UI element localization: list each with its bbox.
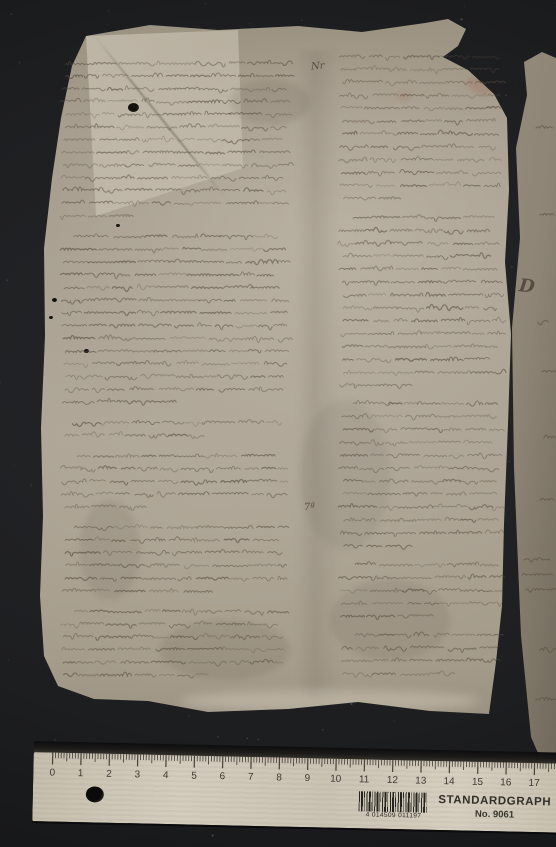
barcode-bars <box>359 791 427 812</box>
ruler-brand-block: STANDARDGRAPH No. 9061 <box>428 794 556 822</box>
ruler-brand: STANDARDGRAPH <box>429 794 556 809</box>
ruler-number-7: 7 <box>248 772 254 783</box>
edge-spot <box>49 316 53 319</box>
ruler-number-4: 4 <box>163 770 169 781</box>
ruler-number-15: 15 <box>472 777 483 788</box>
ruler-number-2: 2 <box>106 769 112 780</box>
ruler-number-14: 14 <box>443 776 454 787</box>
ruler-number-13: 13 <box>415 775 426 786</box>
ruler-number-16: 16 <box>500 777 511 788</box>
parchment-hole <box>128 103 139 112</box>
stain <box>330 580 450 660</box>
folded-corner <box>0 0 556 847</box>
ruler-number-12: 12 <box>387 775 398 786</box>
ruler-hang-hole <box>86 786 104 802</box>
stain <box>160 620 290 680</box>
page-curl-highlight <box>180 690 480 712</box>
ruler-number-9: 9 <box>304 773 310 784</box>
manuscript-page <box>0 0 556 847</box>
ruler-number-10: 10 <box>330 774 341 785</box>
red-pigment-stain <box>464 74 495 98</box>
ruler-number-8: 8 <box>276 772 282 783</box>
ruler-number-11: 11 <box>359 774 370 785</box>
ruler-number-6: 6 <box>219 771 225 782</box>
ink-speck <box>116 224 120 227</box>
ruler-number-3: 3 <box>134 769 140 780</box>
ruler-number-0: 0 <box>49 767 55 778</box>
ruler-number-17: 17 <box>528 778 539 789</box>
ruler-model: No. 9061 <box>428 808 556 822</box>
parchment-hole <box>84 349 89 353</box>
ruler: 01234567891011121314151617 4 014509 0111… <box>26 741 556 835</box>
red-pigment-stain <box>396 92 412 101</box>
stain <box>300 400 390 550</box>
edge-spot <box>52 298 57 302</box>
ruler-body: 01234567891011121314151617 4 014509 0111… <box>32 752 556 833</box>
barcode-digits: 4 014509 011197 <box>354 811 432 820</box>
manuscript-photo: Nr 7ª D 01234567891011121314151617 4 014… <box>0 0 556 847</box>
column-gutter-shading <box>296 50 338 700</box>
barcode: 4 014509 011197 <box>358 791 427 822</box>
stain <box>230 80 310 125</box>
ruler-number-1: 1 <box>78 768 84 779</box>
ruler-number-5: 5 <box>191 771 197 782</box>
stain <box>80 500 140 600</box>
